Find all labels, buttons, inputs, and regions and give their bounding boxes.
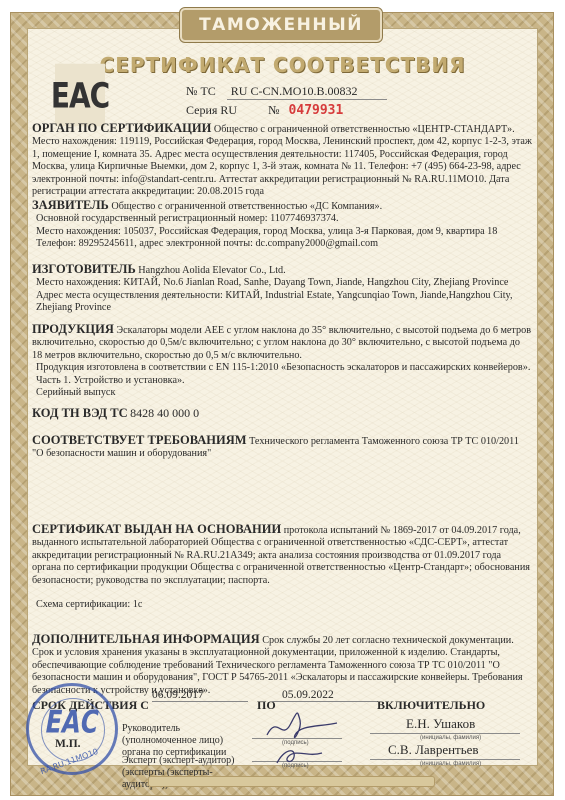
manufacturer-line: Место нахождения: КИТАЙ, No.6 Jianlan Ro…: [32, 277, 532, 289]
section-label: СООТВЕТСТВУЕТ ТРЕБОВАНИЯМ: [32, 433, 247, 447]
printer-footer-strip: [148, 776, 435, 787]
hs-code-value: 8428 40 000 0: [130, 406, 199, 420]
applicant-line: Телефон: 89295245611, адрес электронной …: [32, 238, 532, 250]
section-label: ЗАЯВИТЕЛЬ: [32, 198, 109, 212]
section-certification-body: ОРГАН ПО СЕРТИФИКАЦИИ Общество с огранич…: [32, 122, 532, 198]
section-label: ОРГАН ПО СЕРТИФИКАЦИИ: [32, 121, 211, 135]
section-applicant: ЗАЯВИТЕЛЬ Общество с ограниченной ответс…: [32, 199, 532, 251]
section-manufacturer: ИЗГОТОВИТЕЛЬ Hangzhou Aolida Elevator Co…: [32, 263, 532, 315]
expert-name-line: [370, 759, 520, 760]
series-number: Серия RU № 0479931: [186, 103, 343, 118]
name-caption: (инициалы, фамилия): [420, 761, 481, 767]
section-label: ДОПОЛНИТЕЛЬНАЯ ИНФОРМАЦИЯ: [32, 632, 260, 646]
applicant-line: Место нахождения: 105037, Российская Фед…: [32, 226, 532, 238]
series-value: RU: [220, 103, 237, 117]
certification-scheme: Схема сертификации: 1с: [32, 599, 532, 611]
expert-name: С.В. Лаврентьев: [388, 742, 479, 758]
certification-stamp: EAC RA.RU.11MO10: [26, 683, 118, 775]
expert-signature-icon: [272, 745, 332, 767]
product-standard: Продукция изготовлена в соответствии с E…: [32, 362, 532, 387]
number-label: №: [268, 103, 279, 117]
section-product: ПРОДУКЦИЯ Эскалаторы модели AEE с углом …: [32, 323, 532, 399]
section-hs-code: КОД ТН ВЭД ТС 8428 40 000 0: [32, 407, 532, 421]
section-label: ПРОДУКЦИЯ: [32, 322, 114, 336]
head-signature-icon: [262, 705, 342, 745]
manufacturer-name: Hangzhou Aolida Elevator Co., Ltd.: [138, 265, 285, 276]
validity-to-date: 05.09.2022: [272, 689, 378, 702]
section-basis: СЕРТИФИКАТ ВЫДАН НА ОСНОВАНИИ протокола …: [32, 523, 532, 611]
stamp-eac-icon: EAC: [26, 704, 118, 740]
customs-union-banner: ТАМОЖЕННЫЙ СОЮЗ: [180, 8, 382, 42]
section-label: СЕРТИФИКАТ ВЫДАН НА ОСНОВАНИИ: [32, 522, 281, 536]
name-caption: (инициалы, фамилия): [420, 735, 481, 741]
blank-number: 0479931: [289, 103, 344, 118]
applicant-line: Основной государственный регистрационный…: [32, 213, 532, 225]
section-label: КОД ТН ВЭД ТС: [32, 406, 128, 420]
eac-logo-icon: EAC: [55, 64, 105, 127]
validity-from-date: 06.09.2017: [152, 689, 248, 702]
product-serial: Серийный выпуск: [32, 387, 532, 399]
applicant-name: Общество с ограниченной ответственностью…: [111, 201, 382, 212]
section-conforms: СООТВЕТСТВУЕТ ТРЕБОВАНИЯМ Технического р…: [32, 434, 532, 461]
manufacturer-line: Адрес места осуществления деятельности: …: [32, 290, 532, 315]
section-label: ИЗГОТОВИТЕЛЬ: [32, 262, 136, 276]
certificate-number: № ТС RU C-CN.MO10.B.00832: [186, 84, 387, 100]
cert-no-value: RU C-CN.MO10.B.00832: [227, 84, 388, 100]
validity-inclusive: ВКЛЮЧИТЕЛЬНО: [377, 698, 485, 713]
series-label: Серия: [186, 103, 217, 117]
head-name-line: [370, 733, 520, 734]
cert-no-label: № ТС: [186, 84, 216, 98]
head-signatory-label: Руководитель (уполномоченное лицо) орган…: [122, 723, 242, 759]
section-additional-info: ДОПОЛНИТЕЛЬНАЯ ИНФОРМАЦИЯ Срок службы 20…: [32, 633, 532, 697]
head-name: Е.Н. Ушаков: [406, 716, 475, 732]
